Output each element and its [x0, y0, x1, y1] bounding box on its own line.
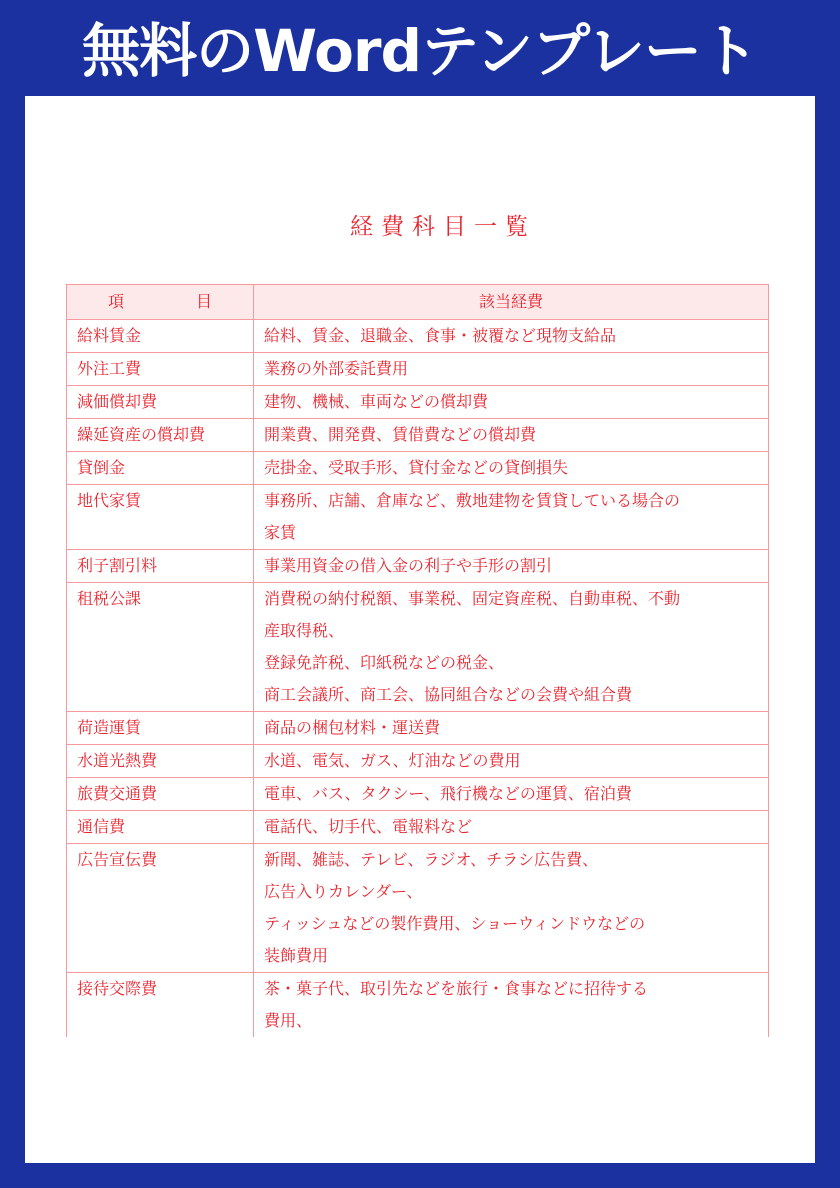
expense-item-name: 接待交際費: [67, 973, 254, 1038]
expense-description: 商品の梱包材料・運送費: [254, 712, 769, 745]
expense-item-name: 水道光熱費: [67, 745, 254, 778]
header-applicable-expenses: 該当経費: [254, 285, 769, 320]
expense-item-name: 利子割引料: [67, 550, 254, 583]
table-row: 荷造運賃商品の梱包材料・運送費: [67, 712, 769, 745]
expense-description: 事業用資金の借入金の利子や手形の割引: [254, 550, 769, 583]
description-line: ティッシュなどの製作費用、ショーウィンドウなどの: [264, 908, 758, 940]
expense-item-name: 租税公課: [67, 583, 254, 712]
description-line: 産取得税、: [264, 615, 758, 647]
description-line: 費用、: [264, 1005, 758, 1037]
description-line: 新聞、雑誌、テレビ、ラジオ、チラシ広告費、: [264, 844, 758, 876]
expense-item-name: 外注工費: [67, 353, 254, 386]
expense-description: 消費税の納付税額、事業税、固定資産税、自動車税、不動産取得税、登録免許税、印紙税…: [254, 583, 769, 712]
table-row: 旅費交通費電車、バス、タクシー、飛行機などの運賃、宿泊費: [67, 778, 769, 811]
table-header-row: 項 目 該当経費: [67, 285, 769, 320]
description-line: 電車、バス、タクシー、飛行機などの運賃、宿泊費: [264, 778, 758, 810]
header-item: 項 目: [67, 285, 254, 320]
description-line: 家賃: [264, 517, 758, 549]
expense-item-name: 通信費: [67, 811, 254, 844]
expense-item-name: 減価償却費: [67, 386, 254, 419]
expense-item-name: 貸倒金: [67, 452, 254, 485]
expense-description: 給料、賃金、退職金、食事・被覆など現物支給品: [254, 320, 769, 353]
table-row: 広告宣伝費新聞、雑誌、テレビ、ラジオ、チラシ広告費、広告入りカレンダー、ティッシ…: [67, 844, 769, 973]
expense-item-name: 繰延資産の償却費: [67, 419, 254, 452]
description-line: 建物、機械、車両などの償却費: [264, 386, 758, 418]
description-line: 開業費、開発費、賃借費などの償却費: [264, 419, 758, 451]
description-line: 電話代、切手代、電報料など: [264, 811, 758, 843]
description-line: 商工会議所、商工会、協同組合などの会費や組合費: [264, 679, 758, 711]
description-line: 事業用資金の借入金の利子や手形の割引: [264, 550, 758, 582]
expense-description: 茶・菓子代、取引先などを旅行・食事などに招待する費用、: [254, 973, 769, 1038]
document-title: 経費科目一覧: [25, 212, 840, 242]
table-row: 地代家賃事務所、店舗、倉庫など、敷地建物を賃貸している場合の家賃: [67, 485, 769, 550]
description-line: 消費税の納付税額、事業税、固定資産税、自動車税、不動: [264, 583, 758, 615]
description-line: 茶・菓子代、取引先などを旅行・食事などに招待する: [264, 973, 758, 1005]
table-row: 租税公課消費税の納付税額、事業税、固定資産税、自動車税、不動産取得税、登録免許税…: [67, 583, 769, 712]
table-row: 給料賃金給料、賃金、退職金、食事・被覆など現物支給品: [67, 320, 769, 353]
expense-description: 開業費、開発費、賃借費などの償却費: [254, 419, 769, 452]
table-row: 接待交際費茶・菓子代、取引先などを旅行・食事などに招待する費用、: [67, 973, 769, 1038]
banner-title: 無料のWordテンプレート: [0, 14, 840, 88]
description-line: 登録免許税、印紙税などの税金、: [264, 647, 758, 679]
table-body: 給料賃金給料、賃金、退職金、食事・被覆など現物支給品外注工費業務の外部委託費用減…: [67, 320, 769, 1038]
expense-description: 水道、電気、ガス、灯油などの費用: [254, 745, 769, 778]
description-line: 水道、電気、ガス、灯油などの費用: [264, 745, 758, 777]
document-page: 経費科目一覧 項 目 該当経費 給料賃金給料、賃金、退職金、食事・被覆など現物支…: [25, 96, 815, 1163]
expense-item-name: 旅費交通費: [67, 778, 254, 811]
expense-item-name: 荷造運賃: [67, 712, 254, 745]
description-line: 給料、賃金、退職金、食事・被覆など現物支給品: [264, 320, 758, 352]
description-line: 売掛金、受取手形、貸付金などの貸倒損失: [264, 452, 758, 484]
expense-description: 業務の外部委託費用: [254, 353, 769, 386]
expense-item-name: 給料賃金: [67, 320, 254, 353]
description-line: 装飾費用: [264, 940, 758, 972]
table-row: 通信費電話代、切手代、電報料など: [67, 811, 769, 844]
expense-item-name: 地代家賃: [67, 485, 254, 550]
expense-category-table: 項 目 該当経費 給料賃金給料、賃金、退職金、食事・被覆など現物支給品外注工費業…: [66, 284, 769, 1037]
table-row: 繰延資産の償却費開業費、開発費、賃借費などの償却費: [67, 419, 769, 452]
description-line: 業務の外部委託費用: [264, 353, 758, 385]
expense-description: 電話代、切手代、電報料など: [254, 811, 769, 844]
description-line: 商品の梱包材料・運送費: [264, 712, 758, 744]
expense-description: 建物、機械、車両などの償却費: [254, 386, 769, 419]
expense-description: 新聞、雑誌、テレビ、ラジオ、チラシ広告費、広告入りカレンダー、ティッシュなどの製…: [254, 844, 769, 973]
expense-description: 売掛金、受取手形、貸付金などの貸倒損失: [254, 452, 769, 485]
table-row: 外注工費業務の外部委託費用: [67, 353, 769, 386]
table-row: 減価償却費建物、機械、車両などの償却費: [67, 386, 769, 419]
expense-description: 事務所、店舗、倉庫など、敷地建物を賃貸している場合の家賃: [254, 485, 769, 550]
table-row: 利子割引料事業用資金の借入金の利子や手形の割引: [67, 550, 769, 583]
description-line: 事務所、店舗、倉庫など、敷地建物を賃貸している場合の: [264, 485, 758, 517]
table-row: 水道光熱費水道、電気、ガス、灯油などの費用: [67, 745, 769, 778]
description-line: 広告入りカレンダー、: [264, 876, 758, 908]
expense-description: 電車、バス、タクシー、飛行機などの運賃、宿泊費: [254, 778, 769, 811]
table-row: 貸倒金売掛金、受取手形、貸付金などの貸倒損失: [67, 452, 769, 485]
expense-item-name: 広告宣伝費: [67, 844, 254, 973]
